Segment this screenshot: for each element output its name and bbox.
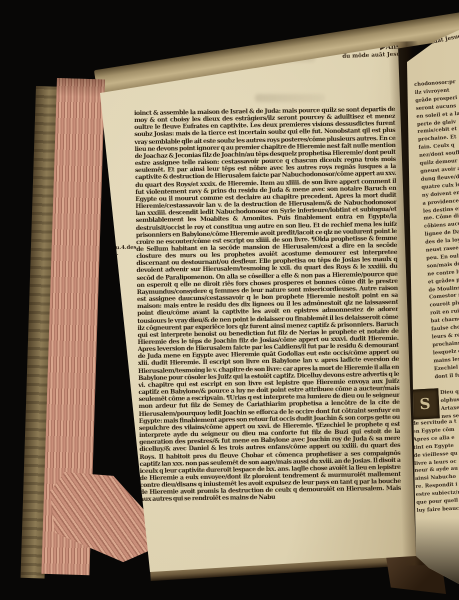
right-text-beside-initial: Dieu qolphusArtaxenes se xyxy=(440,389,459,422)
manicule-icon: ▶ xyxy=(134,57,138,63)
ink-offset-smudge xyxy=(255,94,325,102)
right-text-column-bottom: de servitude a ten Egypte cômApres ce al… xyxy=(412,418,459,515)
margin-note-citation: 22.du.4.des Roys. xyxy=(103,245,137,258)
margin-note-line1: 22.du.4.des xyxy=(103,245,137,252)
decorated-initial: S xyxy=(410,388,440,419)
body-text: ioinct & assemble la maison de Israel & … xyxy=(134,106,401,514)
initial-letter: S xyxy=(419,395,431,414)
book: ▶Daniel. ¶Quart aage. ¶Des prophetes. ▶A… xyxy=(0,0,459,600)
margin-note-line2: Roys. xyxy=(103,251,119,257)
